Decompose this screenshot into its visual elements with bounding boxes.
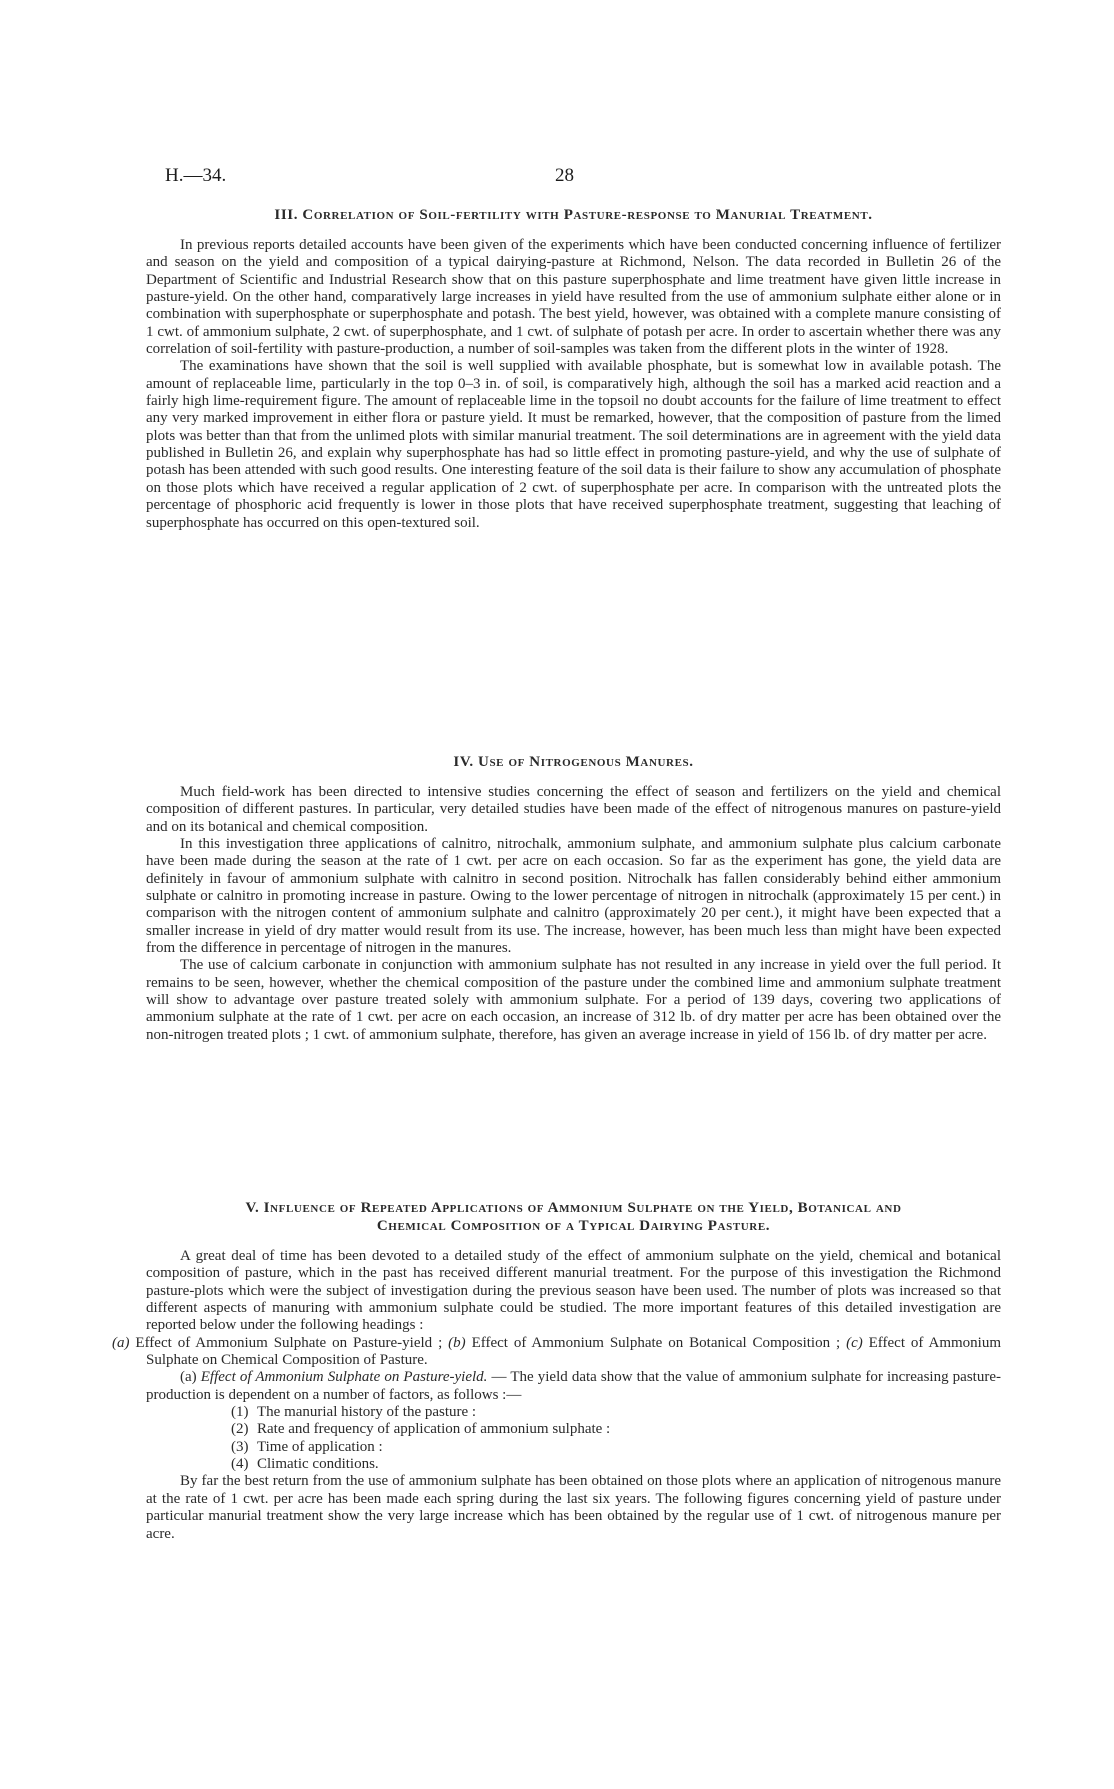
factor-item: (4)Climatic conditions. bbox=[231, 1456, 1001, 1473]
factor-item: (2)Rate and frequency of application of … bbox=[231, 1421, 1001, 1438]
factor-text: Climatic conditions. bbox=[257, 1456, 379, 1472]
heading-b-text: Effect of Ammonium Sulphate on Botanical… bbox=[466, 1335, 846, 1351]
section-3: III. Correlation of Soil-fertility with … bbox=[146, 206, 1001, 532]
subsection-a-label: (a) bbox=[180, 1369, 201, 1385]
document-reference: H.—34. bbox=[165, 165, 226, 187]
section-5-paragraph-1-text: A great deal of time has been devoted to… bbox=[146, 1248, 1001, 1333]
factor-item: (1)The manurial history of the pasture : bbox=[231, 1404, 1001, 1421]
factor-number: (4) bbox=[231, 1456, 257, 1473]
heading-a-text: Effect of Ammonium Sulphate on Pasture-y… bbox=[130, 1335, 449, 1351]
heading-c-label: (c) bbox=[846, 1335, 863, 1351]
factor-number: (2) bbox=[231, 1421, 257, 1438]
section-3-paragraph-1: In previous reports detailed accounts ha… bbox=[146, 237, 1001, 358]
section-5-heading-line-1: V. Influence of Repeated Applications of… bbox=[245, 1200, 901, 1216]
section-4: IV. Use of Nitrogenous Manures. Much fie… bbox=[146, 753, 1001, 1044]
factor-item: (3)Time of application : bbox=[231, 1439, 1001, 1456]
page-number: 28 bbox=[555, 165, 574, 187]
section-5-paragraph-1: A great deal of time has been devoted to… bbox=[146, 1248, 1001, 1369]
section-5: V. Influence of Repeated Applications of… bbox=[146, 1199, 1001, 1543]
section-3-heading: III. Correlation of Soil-fertility with … bbox=[146, 206, 1001, 224]
factor-text: Rate and frequency of application of amm… bbox=[257, 1421, 610, 1437]
section-4-paragraph-1: Much field-work has been directed to int… bbox=[146, 784, 1001, 836]
section-4-paragraph-2: In this investigation three applications… bbox=[146, 836, 1001, 957]
section-4-paragraph-3: The use of calcium carbonate in conjunct… bbox=[146, 957, 1001, 1044]
factor-number: (1) bbox=[231, 1404, 257, 1421]
factor-number: (3) bbox=[231, 1439, 257, 1456]
section-3-paragraph-2: The examinations have shown that the soi… bbox=[146, 358, 1001, 531]
section-4-heading: IV. Use of Nitrogenous Manures. bbox=[146, 753, 1001, 771]
section-5-paragraph-final: By far the best return from the use of a… bbox=[146, 1473, 1001, 1542]
factor-text: The manurial history of the pasture : bbox=[257, 1404, 476, 1420]
subsection-a-title: Effect of Ammonium Sulphate on Pasture-y… bbox=[201, 1369, 488, 1385]
heading-a-label: (a) bbox=[112, 1335, 130, 1351]
subsection-a-paragraph: (a) Effect of Ammonium Sulphate on Pastu… bbox=[146, 1369, 1001, 1404]
section-5-heading: V. Influence of Repeated Applications of… bbox=[146, 1199, 1001, 1235]
heading-b-label: (b) bbox=[448, 1335, 466, 1351]
section-5-heading-line-2: Chemical Composition of a Typical Dairyi… bbox=[377, 1218, 770, 1234]
factors-list: (1)The manurial history of the pasture :… bbox=[146, 1404, 1001, 1473]
page-header: H.—34. 28 bbox=[165, 165, 1000, 189]
factor-text: Time of application : bbox=[257, 1439, 383, 1455]
